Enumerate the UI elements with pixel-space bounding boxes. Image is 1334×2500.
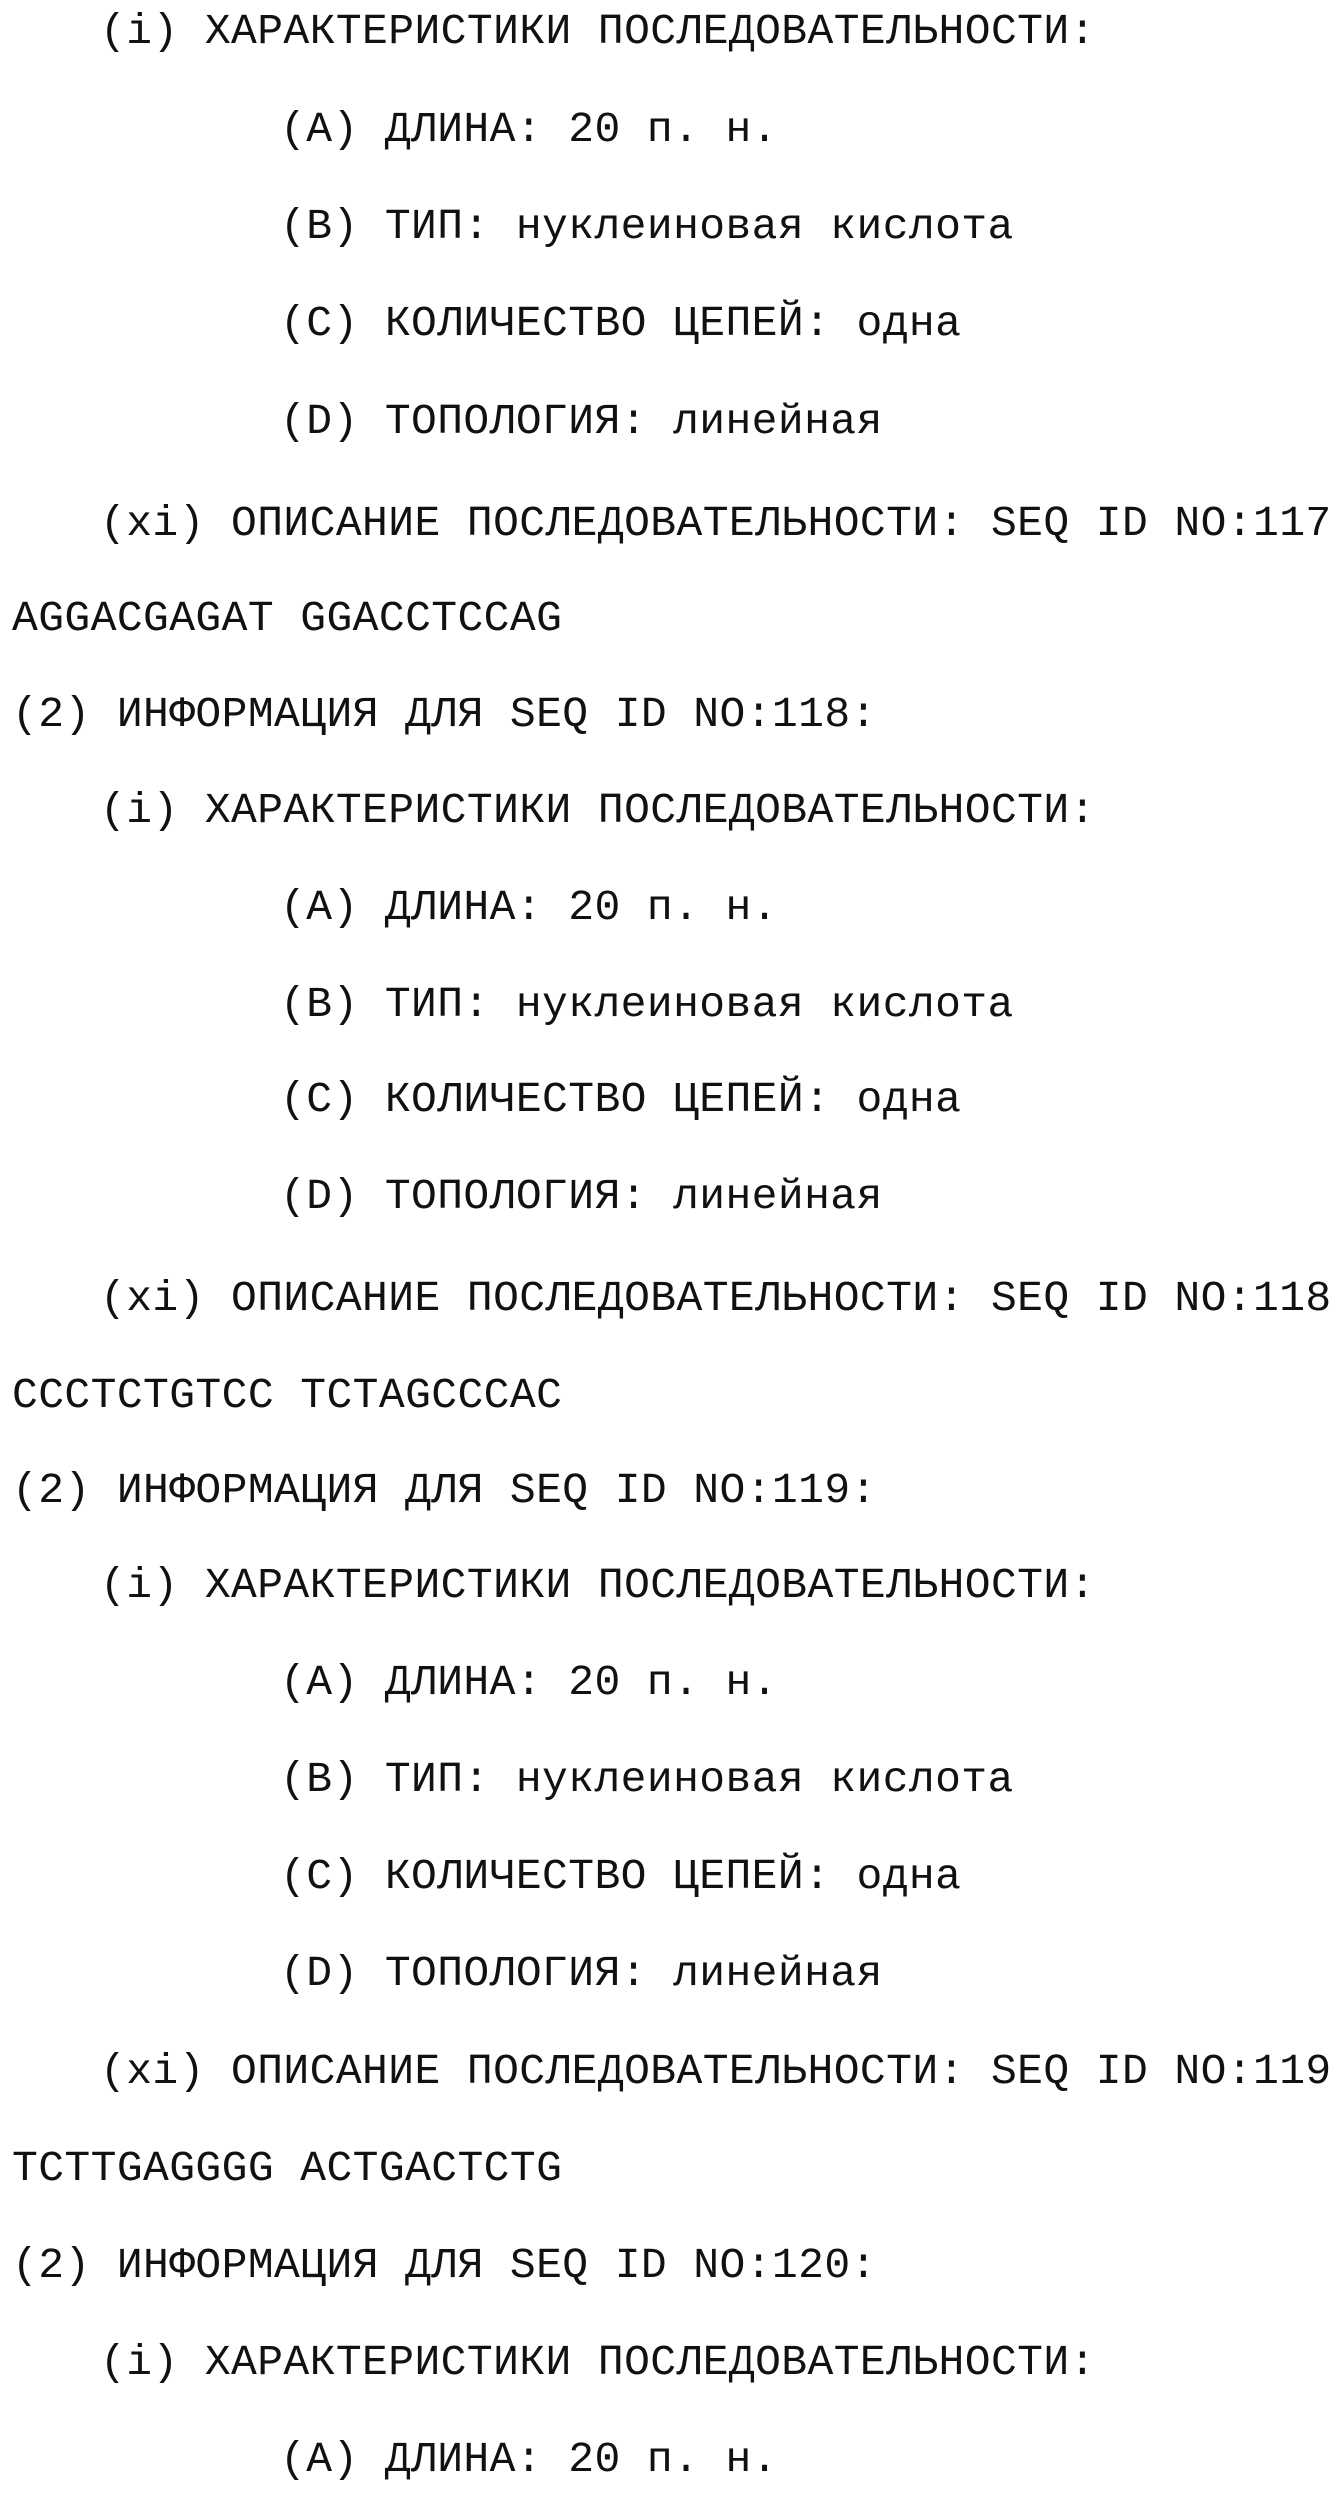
length-field: (A) ДЛИНА: 20 п. н. (280, 1658, 778, 1708)
sequence-description-heading: (xi) ОПИСАНИЕ ПОСЛЕДОВАТЕЛЬНОСТИ: SEQ ID… (100, 2047, 1334, 2097)
sequence-description-heading: (xi) ОПИСАНИЕ ПОСЛЕДОВАТЕЛЬНОСТИ: SEQ ID… (100, 499, 1334, 549)
strandedness-field: (C) КОЛИЧЕСТВО ЦЕПЕЙ: одна (280, 299, 961, 349)
sequence-characteristics-heading: (i) ХАРАКТЕРИСТИКИ ПОСЛЕДОВАТЕЛЬНОСТИ: (100, 1561, 1096, 1611)
sequence-characteristics-heading: (i) ХАРАКТЕРИСТИКИ ПОСЛЕДОВАТЕЛЬНОСТИ: (100, 7, 1096, 57)
topology-field: (D) ТОПОЛОГИЯ: линейная (280, 397, 883, 447)
strandedness-field: (C) КОЛИЧЕСТВО ЦЕПЕЙ: одна (280, 1852, 961, 1902)
sequence-description-heading: (xi) ОПИСАНИЕ ПОСЛЕДОВАТЕЛЬНОСТИ: SEQ ID… (100, 1274, 1334, 1324)
length-field: (A) ДЛИНА: 20 п. н. (280, 105, 778, 155)
length-field: (A) ДЛИНА: 20 п. н. (280, 883, 778, 933)
sequence-characteristics-heading: (i) ХАРАКТЕРИСТИКИ ПОСЛЕДОВАТЕЛЬНОСТИ: (100, 786, 1096, 836)
type-field: (B) ТИП: нуклеиновая кислота (280, 202, 1014, 252)
topology-field: (D) ТОПОЛОГИЯ: линейная (280, 1172, 883, 1222)
type-field: (B) ТИП: нуклеиновая кислота (280, 1755, 1014, 1805)
sequence-text: AGGACGAGAT GGACCTCCAG (12, 594, 562, 644)
topology-field: (D) ТОПОЛОГИЯ: линейная (280, 1949, 883, 1999)
seq-info-heading: (2) ИНФОРМАЦИЯ ДЛЯ SEQ ID NO:119: (12, 1466, 877, 1516)
seq-info-heading: (2) ИНФОРМАЦИЯ ДЛЯ SEQ ID NO:120: (12, 2241, 877, 2291)
type-field: (B) ТИП: нуклеиновая кислота (280, 980, 1014, 1030)
document-page: (i) ХАРАКТЕРИСТИКИ ПОСЛЕДОВАТЕЛЬНОСТИ: (… (0, 0, 1334, 2500)
sequence-text: TCTTGAGGGG ACTGACTCTG (12, 2144, 562, 2194)
strandedness-field: (C) КОЛИЧЕСТВО ЦЕПЕЙ: одна (280, 1075, 961, 1125)
length-field: (A) ДЛИНА: 20 п. н. (280, 2435, 778, 2485)
sequence-characteristics-heading: (i) ХАРАКТЕРИСТИКИ ПОСЛЕДОВАТЕЛЬНОСТИ: (100, 2338, 1096, 2388)
seq-info-heading: (2) ИНФОРМАЦИЯ ДЛЯ SEQ ID NO:118: (12, 690, 877, 740)
sequence-text: CCCTCTGTCC TCTAGCCCAC (12, 1371, 562, 1421)
